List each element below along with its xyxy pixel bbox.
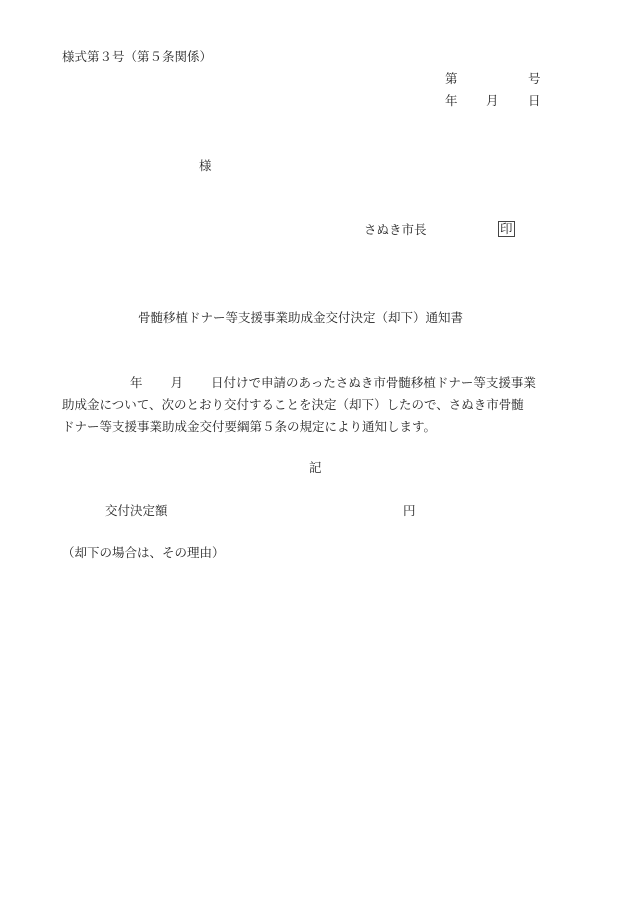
amount-label: 交付決定額 [105,503,168,519]
amount-unit: 円 [403,503,416,519]
document-number-prefix: 第 [445,71,458,87]
form-label: 様式第３号（第５条関係） [62,49,212,65]
issuer-name: さぬき市長 [364,222,427,238]
seal-icon: 印 [498,221,515,237]
note-heading: 記 [309,460,322,476]
body-paragraph: 年月日付けで申請のあったさぬき市骨髄移植ドナー等支援事業 助成金について、次のと… [62,372,582,438]
body-line-3: ドナー等支援事業助成金交付要綱第５条の規定により通知します。 [62,416,582,438]
date-month: 月 [486,93,499,109]
document-number-suffix: 号 [528,71,541,87]
document-title: 骨髄移植ドナー等支援事業助成金交付決定（却下）通知書 [138,310,463,326]
body-month: 月 [171,375,184,390]
addressee-suffix: 様 [199,158,212,174]
seal-mark: 印 [498,221,515,237]
body-line-1: 年月日付けで申請のあったさぬき市骨髄移植ドナー等支援事業 [62,372,582,394]
date-day: 日 [528,93,541,109]
date-year: 年 [445,93,458,109]
rejection-reason-label: （却下の場合は、その理由） [62,545,225,561]
body-line-2: 助成金について、次のとおり交付することを決定（却下）したので、さぬき市骨髄 [62,394,582,416]
body-line-1-text: 日付けで申請のあったさぬき市骨髄移植ドナー等支援事業 [211,375,536,390]
body-year: 年 [130,375,143,390]
